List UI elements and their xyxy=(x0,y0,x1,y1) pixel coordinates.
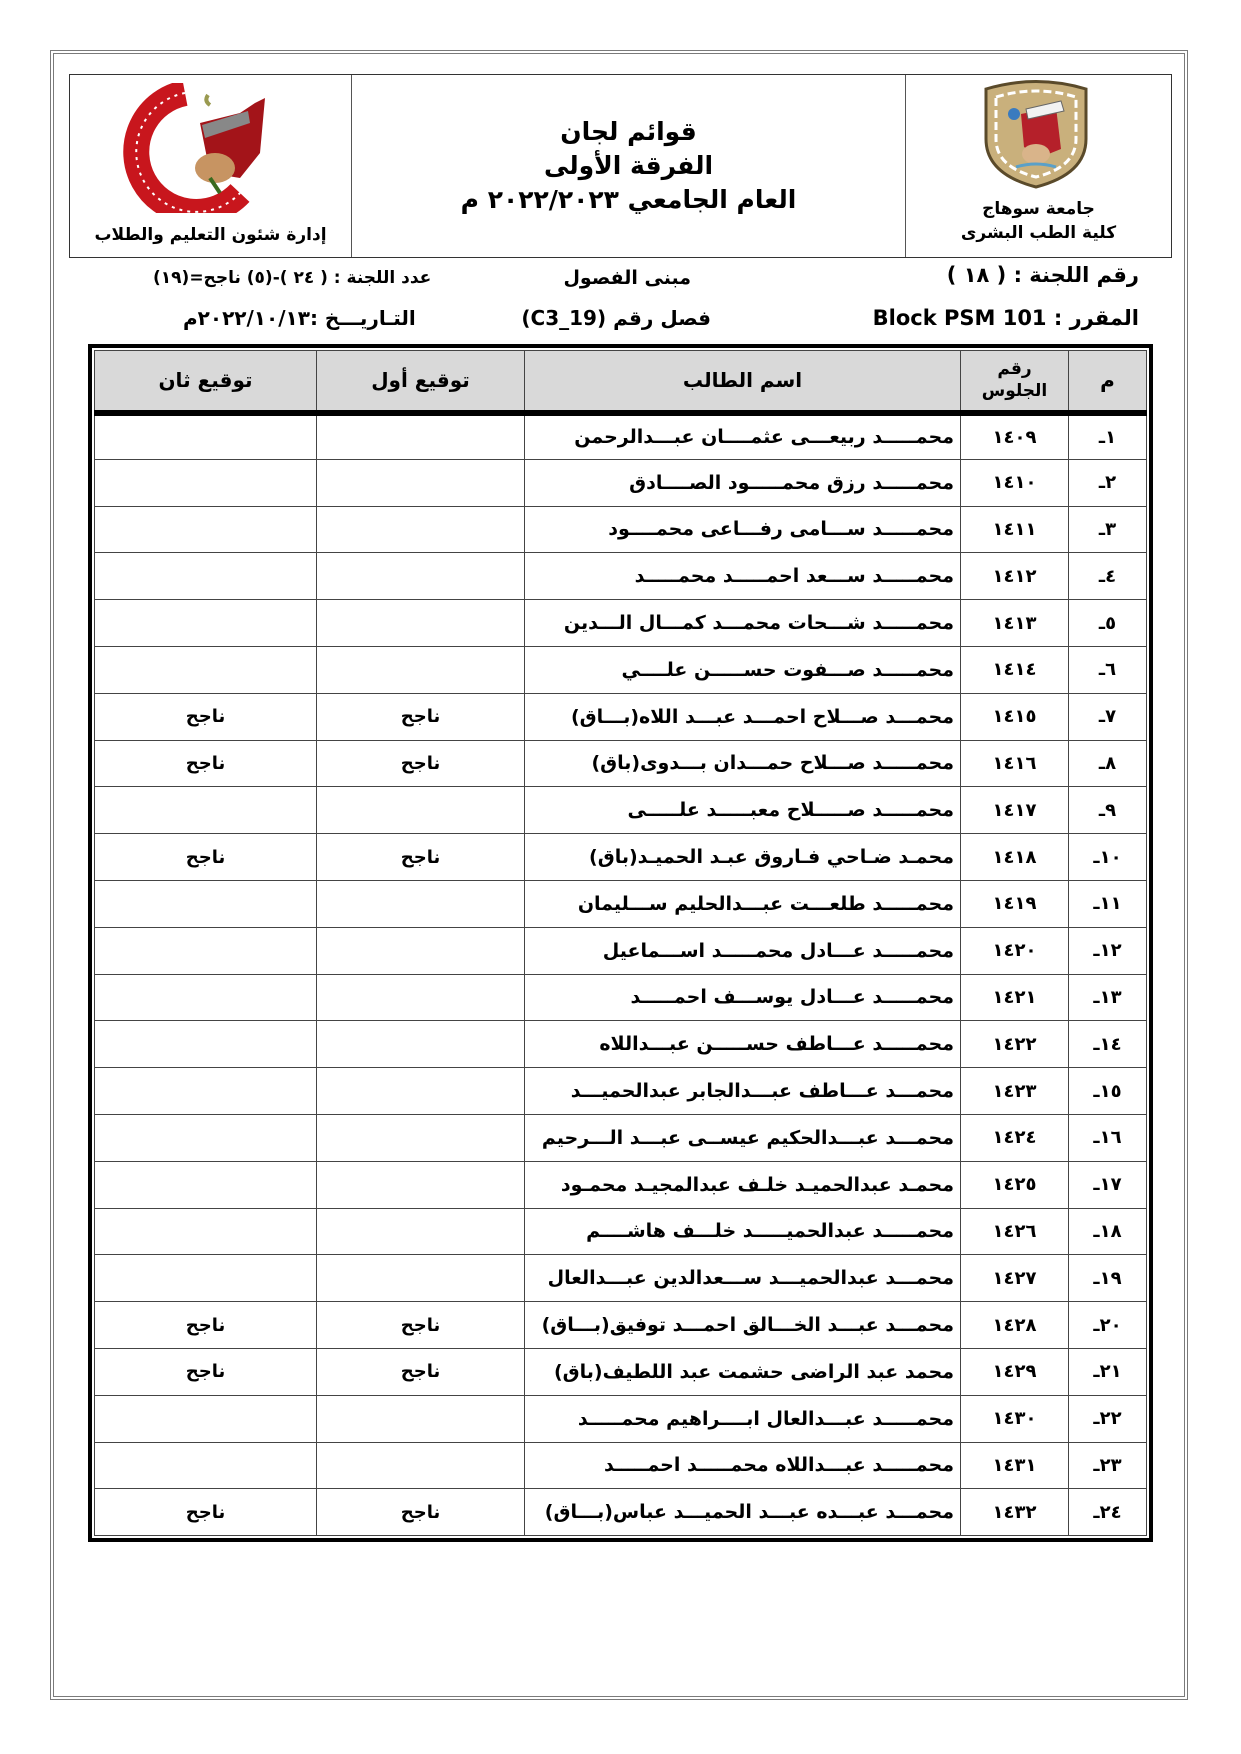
student-name: محمـــــد عـــادل محمـــــد اســـماعيل xyxy=(525,927,961,974)
seat-number: ١٤٢٧ xyxy=(961,1255,1069,1302)
table-row: ٣ـ ١٤١١ محمـــــد ســـامى رفـــاعى محمــ… xyxy=(95,506,1147,553)
table-row: ٩ـ ١٤١٧ محمـــــد صـــــلاح معبـــــد عل… xyxy=(95,787,1147,834)
exam-date: التـاريـــخ :٢٠٢٢/١٠/١٣م xyxy=(183,306,416,330)
seat-number: ١٤٢١ xyxy=(961,974,1069,1021)
first-signature xyxy=(317,1395,525,1442)
second-signature xyxy=(95,1068,317,1115)
table-row: ٥ـ ١٤١٣ محمـــــد شـــحات محمـــد كمـــا… xyxy=(95,600,1147,647)
table-row: ١١ـ ١٤١٩ محمـــــد طلعـــت عبـــدالحليم … xyxy=(95,880,1147,927)
first-signature xyxy=(317,459,525,506)
student-name: محمـــــد رزق محمـــــود الصــــادق xyxy=(525,459,961,506)
students-table-frame: م رقم الجلوس اسم الطالب توقيع أول توقيع … xyxy=(88,344,1153,1542)
seat-number: ١٤١٨ xyxy=(961,834,1069,881)
committee-number: رقم اللجنة : ( ١٨ ) xyxy=(947,263,1139,287)
table-row: ١٥ـ ١٤٢٣ محمـــد عـــاطف عبـــدالجابر عب… xyxy=(95,1068,1147,1115)
row-index: ٨ـ xyxy=(1069,740,1147,787)
student-name: محمـــد عبـــد الخـــالق احمـــد توفيق(ب… xyxy=(525,1302,961,1349)
first-signature xyxy=(317,1114,525,1161)
second-signature xyxy=(95,1395,317,1442)
faculty-name: كلية الطب البشرى xyxy=(906,221,1171,245)
row-index: ٧ـ xyxy=(1069,693,1147,740)
second-signature xyxy=(95,1161,317,1208)
first-signature xyxy=(317,1021,525,1068)
student-name: محمـــد صـــلاح احمـــد عبـــد اللاه(بــ… xyxy=(525,693,961,740)
sohag-university-crest-icon xyxy=(976,79,1096,189)
title-line-1: قوائم لجان xyxy=(560,115,696,149)
second-signature xyxy=(95,600,317,647)
first-signature: ناجح xyxy=(317,693,525,740)
student-name: محمـــــد طلعـــت عبـــدالحليم ســـليمان xyxy=(525,880,961,927)
first-signature xyxy=(317,1068,525,1115)
academic-year: العام الجامعي ٢٠٢٢/٢٠٢٣ م xyxy=(461,183,797,217)
title-line-2: الفرقة الأولى xyxy=(544,149,713,183)
second-signature xyxy=(95,1021,317,1068)
first-signature: ناجح xyxy=(317,1489,525,1536)
student-name: محمـــــد صـــفوت حســـــن علــــي xyxy=(525,646,961,693)
col-header-index: م xyxy=(1069,351,1147,413)
first-signature xyxy=(317,646,525,693)
first-signature: ناجح xyxy=(317,740,525,787)
col-header-second-signature: توقيع ثان xyxy=(95,351,317,413)
second-signature: ناجح xyxy=(95,740,317,787)
seat-number: ١٤١٥ xyxy=(961,693,1069,740)
row-index: ٦ـ xyxy=(1069,646,1147,693)
faculty-of-medicine-logo-icon xyxy=(90,83,290,213)
row-index: ٩ـ xyxy=(1069,787,1147,834)
row-index: ٥ـ xyxy=(1069,600,1147,647)
table-row: ١٤ـ ١٤٢٢ محمـــــد عـــاطف حســـــن عبــ… xyxy=(95,1021,1147,1068)
col-header-student-name: اسم الطالب xyxy=(525,351,961,413)
row-index: ٢١ـ xyxy=(1069,1348,1147,1395)
student-name: محمد عبد الراضى حشمت عبد اللطيف(باق) xyxy=(525,1348,961,1395)
first-signature xyxy=(317,1255,525,1302)
row-index: ١٦ـ xyxy=(1069,1114,1147,1161)
table-row: ٢٢ـ ١٤٣٠ محمـــــد عبـــدالعال ابــــراه… xyxy=(95,1395,1147,1442)
first-signature: ناجح xyxy=(317,834,525,881)
table-row: ١٢ـ ١٤٢٠ محمـــــد عـــادل محمـــــد اسـ… xyxy=(95,927,1147,974)
student-name: محمـــــد ربيعـــى عثمــــان عبـــدالرحم… xyxy=(525,413,961,460)
row-index: ١٥ـ xyxy=(1069,1068,1147,1115)
table-row: ٢ـ ١٤١٠ محمـــــد رزق محمـــــود الصــــ… xyxy=(95,459,1147,506)
seat-number: ١٤٣٢ xyxy=(961,1489,1069,1536)
row-index: ١٤ـ xyxy=(1069,1021,1147,1068)
committee-count: عدد اللجنة : ( ٢٤ )-(٥) ناجح=(١٩) xyxy=(153,268,431,288)
course-name: المقرر : Block PSM 101 xyxy=(873,306,1139,330)
seat-number: ١٤٢٥ xyxy=(961,1161,1069,1208)
second-signature xyxy=(95,1208,317,1255)
seat-number: ١٤١٠ xyxy=(961,459,1069,506)
header-title-cell: قوائم لجان الفرقة الأولى العام الجامعي ٢… xyxy=(352,75,906,257)
seat-number: ١٤١٧ xyxy=(961,787,1069,834)
table-row: ٦ـ ١٤١٤ محمـــــد صـــفوت حســـــن علـــ… xyxy=(95,646,1147,693)
row-index: ١٢ـ xyxy=(1069,927,1147,974)
first-signature xyxy=(317,787,525,834)
student-name: محمـــــد صـــــلاح معبـــــد علـــــى xyxy=(525,787,961,834)
seat-number: ١٤١٩ xyxy=(961,880,1069,927)
row-index: ٢٢ـ xyxy=(1069,1395,1147,1442)
table-row: ٢١ـ ١٤٢٩ محمد عبد الراضى حشمت عبد اللطيف… xyxy=(95,1348,1147,1395)
row-index: ٢٣ـ xyxy=(1069,1442,1147,1489)
seat-number: ١٤٢٦ xyxy=(961,1208,1069,1255)
row-index: ١٧ـ xyxy=(1069,1161,1147,1208)
header-right-cell: جامعة سوهاج كلية الطب البشرى xyxy=(906,75,1171,257)
student-name: محمـــــد ســـعد احمـــــد محمـــــد xyxy=(525,553,961,600)
seat-number: ١٤٠٩ xyxy=(961,413,1069,460)
student-name: محمـــد عـــاطف عبـــدالجابر عبدالحميـــ… xyxy=(525,1068,961,1115)
student-name: محمـد عبدالحميـد خلـف عبدالمجيـد محمـود xyxy=(525,1161,961,1208)
classroom-number: فصل رقم (C3_19) xyxy=(521,306,711,330)
students-table: م رقم الجلوس اسم الطالب توقيع أول توقيع … xyxy=(94,350,1147,1536)
student-name: محمـــــد عـــادل يوســـف احمـــــد xyxy=(525,974,961,1021)
seat-number: ١٤١٢ xyxy=(961,553,1069,600)
table-row: ١ـ ١٤٠٩ محمـــــد ربيعـــى عثمــــان عبـ… xyxy=(95,413,1147,460)
second-signature xyxy=(95,413,317,460)
document-header: إدارة شئون التعليم والطلاب قوائم لجان ال… xyxy=(69,74,1172,258)
second-signature xyxy=(95,646,317,693)
seat-number: ١٤٢٩ xyxy=(961,1348,1069,1395)
row-index: ٢ـ xyxy=(1069,459,1147,506)
first-signature xyxy=(317,413,525,460)
seat-number: ١٤٢٤ xyxy=(961,1114,1069,1161)
table-row: ٢٣ـ ١٤٣١ محمـــــد عبـــداللاه محمـــــد… xyxy=(95,1442,1147,1489)
table-row: ١٩ـ ١٤٢٧ محمـــد عبدالحميـــد ســـعدالدي… xyxy=(95,1255,1147,1302)
table-row: ٤ـ ١٤١٢ محمـــــد ســـعد احمـــــد محمــ… xyxy=(95,553,1147,600)
row-index: ٢٤ـ xyxy=(1069,1489,1147,1536)
second-signature: ناجح xyxy=(95,1302,317,1349)
table-header-row: م رقم الجلوس اسم الطالب توقيع أول توقيع … xyxy=(95,351,1147,413)
table-row: ٢٠ـ ١٤٢٨ محمـــد عبـــد الخـــالق احمـــ… xyxy=(95,1302,1147,1349)
first-signature: ناجح xyxy=(317,1302,525,1349)
seat-number: ١٤٣٠ xyxy=(961,1395,1069,1442)
first-signature xyxy=(317,1442,525,1489)
second-signature xyxy=(95,927,317,974)
col-header-first-signature: توقيع أول xyxy=(317,351,525,413)
header-left-cell: إدارة شئون التعليم والطلاب xyxy=(70,75,352,257)
student-name: محمـــــد شـــحات محمـــد كمـــال الـــد… xyxy=(525,600,961,647)
row-index: ٤ـ xyxy=(1069,553,1147,600)
first-signature xyxy=(317,927,525,974)
row-index: ١٩ـ xyxy=(1069,1255,1147,1302)
seat-number: ١٤١٦ xyxy=(961,740,1069,787)
table-row: ٨ـ ١٤١٦ محمـــــد صـــلاح حمـــدان بـــد… xyxy=(95,740,1147,787)
second-signature xyxy=(95,1255,317,1302)
second-signature xyxy=(95,974,317,1021)
student-name: محمـــــد عـــاطف حســـــن عبـــداللاه xyxy=(525,1021,961,1068)
building-name: مبنى الفصول xyxy=(563,267,691,289)
table-row: ١٧ـ ١٤٢٥ محمـد عبدالحميـد خلـف عبدالمجيـ… xyxy=(95,1161,1147,1208)
second-signature xyxy=(95,880,317,927)
row-index: ٣ـ xyxy=(1069,506,1147,553)
first-signature xyxy=(317,974,525,1021)
col-header-seat-number: رقم الجلوس xyxy=(961,351,1069,413)
second-signature: ناجح xyxy=(95,693,317,740)
student-name: محمـــــد عبدالحميـــــد خلـــف هاشــــم xyxy=(525,1208,961,1255)
student-name: محمـــــد صـــلاح حمـــدان بـــدوى(باق) xyxy=(525,740,961,787)
university-faculty-name: جامعة سوهاج كلية الطب البشرى xyxy=(906,197,1171,245)
student-name: محمـــــد عبـــداللاه محمـــــد احمـــــ… xyxy=(525,1442,961,1489)
student-name: محمـــد عبـــدالحكيم عيســى عبـــد الـــ… xyxy=(525,1114,961,1161)
seat-number: ١٤٢٣ xyxy=(961,1068,1069,1115)
first-signature xyxy=(317,600,525,647)
student-name: محمـد ضـاحي فـاروق عبـد الحميـد(باق) xyxy=(525,834,961,881)
first-signature xyxy=(317,1161,525,1208)
second-signature xyxy=(95,1114,317,1161)
table-row: ١٠ـ ١٤١٨ محمـد ضـاحي فـاروق عبـد الحميـد… xyxy=(95,834,1147,881)
row-index: ١ـ xyxy=(1069,413,1147,460)
student-name: محمـــد عبـــده عبـــد الحميـــد عباس(بـ… xyxy=(525,1489,961,1536)
seat-header-line-2: الجلوس xyxy=(962,380,1067,402)
seat-number: ١٤٣١ xyxy=(961,1442,1069,1489)
second-signature: ناجح xyxy=(95,834,317,881)
row-index: ٢٠ـ xyxy=(1069,1302,1147,1349)
table-row: ١٣ـ ١٤٢١ محمـــــد عـــادل يوســـف احمــ… xyxy=(95,974,1147,1021)
row-index: ١١ـ xyxy=(1069,880,1147,927)
second-signature xyxy=(95,459,317,506)
first-signature xyxy=(317,880,525,927)
second-signature xyxy=(95,1442,317,1489)
seat-header-line-1: رقم xyxy=(962,358,1067,380)
first-signature xyxy=(317,553,525,600)
table-row: ١٦ـ ١٤٢٤ محمـــد عبـــدالحكيم عيســى عبـ… xyxy=(95,1114,1147,1161)
seat-number: ١٤٢٨ xyxy=(961,1302,1069,1349)
first-signature xyxy=(317,506,525,553)
first-signature xyxy=(317,1208,525,1255)
row-index: ١٣ـ xyxy=(1069,974,1147,1021)
department-name: إدارة شئون التعليم والطلاب xyxy=(70,225,351,245)
first-signature: ناجح xyxy=(317,1348,525,1395)
seat-number: ١٤١١ xyxy=(961,506,1069,553)
seat-number: ١٤٢٢ xyxy=(961,1021,1069,1068)
seat-number: ١٤١٤ xyxy=(961,646,1069,693)
second-signature: ناجح xyxy=(95,1489,317,1536)
seat-number: ١٤١٣ xyxy=(961,600,1069,647)
row-index: ١٨ـ xyxy=(1069,1208,1147,1255)
student-name: محمـــــد عبـــدالعال ابــــراهيم محمـــ… xyxy=(525,1395,961,1442)
seat-number: ١٤٢٠ xyxy=(961,927,1069,974)
student-name: محمـــــد ســـامى رفـــاعى محمــــود xyxy=(525,506,961,553)
second-signature xyxy=(95,787,317,834)
second-signature xyxy=(95,506,317,553)
second-signature: ناجح xyxy=(95,1348,317,1395)
table-row: ٢٤ـ ١٤٣٢ محمـــد عبـــده عبـــد الحميـــ… xyxy=(95,1489,1147,1536)
table-row: ٧ـ ١٤١٥ محمـــد صـــلاح احمـــد عبـــد ا… xyxy=(95,693,1147,740)
university-name: جامعة سوهاج xyxy=(906,197,1171,221)
table-row: ١٨ـ ١٤٢٦ محمـــــد عبدالحميـــــد خلـــف… xyxy=(95,1208,1147,1255)
table-body: ١ـ ١٤٠٩ محمـــــد ربيعـــى عثمــــان عبـ… xyxy=(95,413,1147,1536)
second-signature xyxy=(95,553,317,600)
student-name: محمـــد عبدالحميـــد ســـعدالدين عبـــدا… xyxy=(525,1255,961,1302)
row-index: ١٠ـ xyxy=(1069,834,1147,881)
